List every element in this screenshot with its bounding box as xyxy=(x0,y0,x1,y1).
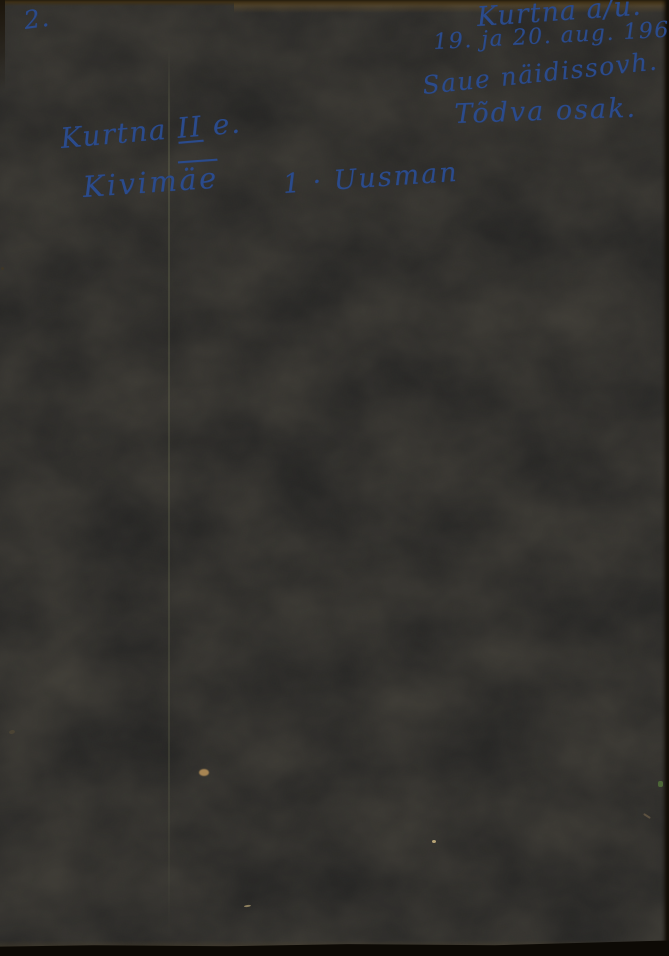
stain-speck xyxy=(199,769,209,776)
stain-speck xyxy=(244,905,251,908)
edge-speck xyxy=(1,267,4,270)
scanned-page: 2. Kurtna a/ü. 19. ja 20. aug. 1964. Sau… xyxy=(0,0,669,956)
handwritten-farm-line: Saue näidissovh. xyxy=(421,46,659,100)
stain-speck xyxy=(432,840,436,843)
edge-speck xyxy=(658,781,663,787)
ink-speck xyxy=(9,729,16,734)
place-name-start: Kivim xyxy=(82,163,181,204)
site-name: Kurtna xyxy=(59,112,179,155)
handwritten-informant: 1 · Uusman xyxy=(282,157,460,200)
scan-edge-left xyxy=(0,0,5,90)
place-name-end: äe xyxy=(178,161,220,198)
scan-edge-right xyxy=(661,0,669,956)
scratch-mark xyxy=(643,813,651,819)
site-suffix: e. xyxy=(201,106,243,142)
page-number-mark: 2. xyxy=(22,3,52,35)
handwritten-site-line: Kurtna II e. xyxy=(59,106,242,155)
site-numeral: II xyxy=(176,110,204,145)
handwritten-place-name: Kivimäe xyxy=(82,161,220,204)
handwritten-department-line: Tõdva osak. xyxy=(454,93,638,130)
